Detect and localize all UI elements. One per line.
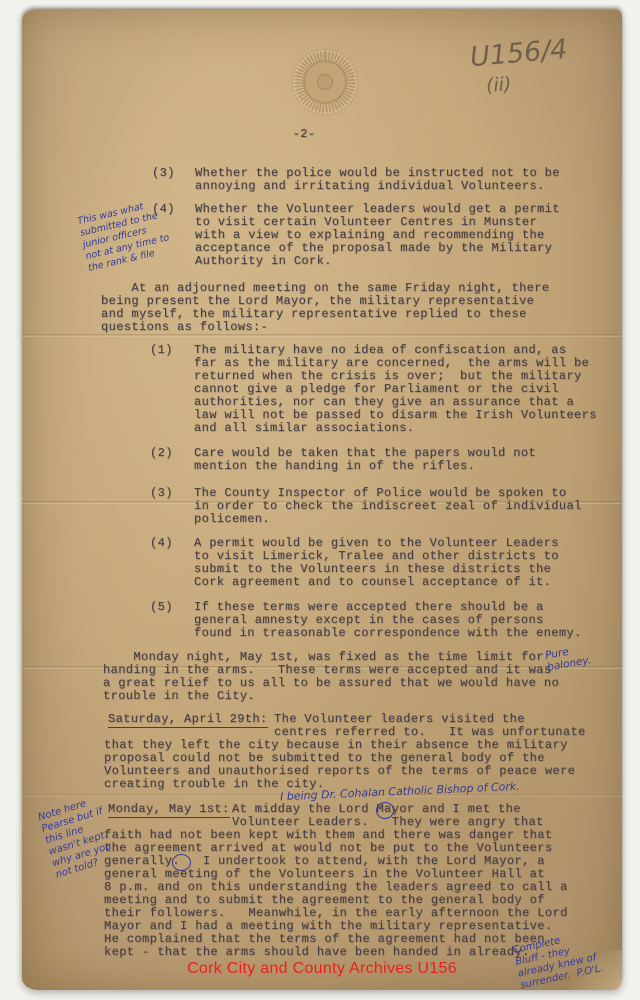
answer-2-number: (2) <box>150 447 173 460</box>
question-3-number: (3) <box>152 167 175 180</box>
fold-crease <box>22 334 622 337</box>
paper-page: U156/4 (ii) -2- (3) Whether the police w… <box>22 10 622 990</box>
question-4-text: Whether the Volunteer leaders would get … <box>195 203 560 268</box>
answer-4-number: (4) <box>150 537 173 550</box>
answer-1-text: The military have no idea of confiscatio… <box>194 344 597 435</box>
answer-4-text: A permit would be given to the Volunteer… <box>194 537 559 589</box>
catalog-reference-part: (ii) <box>485 73 512 97</box>
ink-circle-I-2 <box>172 854 191 871</box>
answer-5-text: If these terms were accepted there shoul… <box>194 601 582 640</box>
heading-monday-may-1: Monday, May 1st: <box>108 803 230 818</box>
saturday-entry-column: The Volunteer leaders visited the centre… <box>274 713 586 739</box>
margin-note-junior-officers: This was what submitted to the junior of… <box>76 197 173 275</box>
margin-note-pure-baloney: Pure baloney. <box>544 642 592 673</box>
answer-1-number: (1) <box>150 344 173 357</box>
answer-3-text: The County Inspector of Police would be … <box>194 487 582 526</box>
answer-3-number: (3) <box>150 487 173 500</box>
paragraph-monday-night: Monday night, May 1st, was fixed as the … <box>103 651 559 703</box>
embossed-seal-icon <box>293 50 357 114</box>
heading-saturday-april-29: Saturday, April 29th: <box>108 713 268 728</box>
answer-5-number: (5) <box>150 601 173 614</box>
answer-2-text: Care would be taken that the papers woul… <box>194 447 536 473</box>
archive-stamp: Cork City and County Archives U156 <box>22 960 622 978</box>
ink-circle-I-1 <box>376 802 394 819</box>
question-3-text: Whether the police would be instructed n… <box>195 167 560 193</box>
paragraph-adjourned-meeting: At an adjourned meeting on the same Frid… <box>101 282 549 334</box>
page-number: -2- <box>272 128 336 141</box>
paragraph-monday: faith had not been kept with them and th… <box>104 829 568 959</box>
document-scan: U156/4 (ii) -2- (3) Whether the police w… <box>0 0 640 1000</box>
catalog-reference: U156/4 <box>469 34 569 73</box>
